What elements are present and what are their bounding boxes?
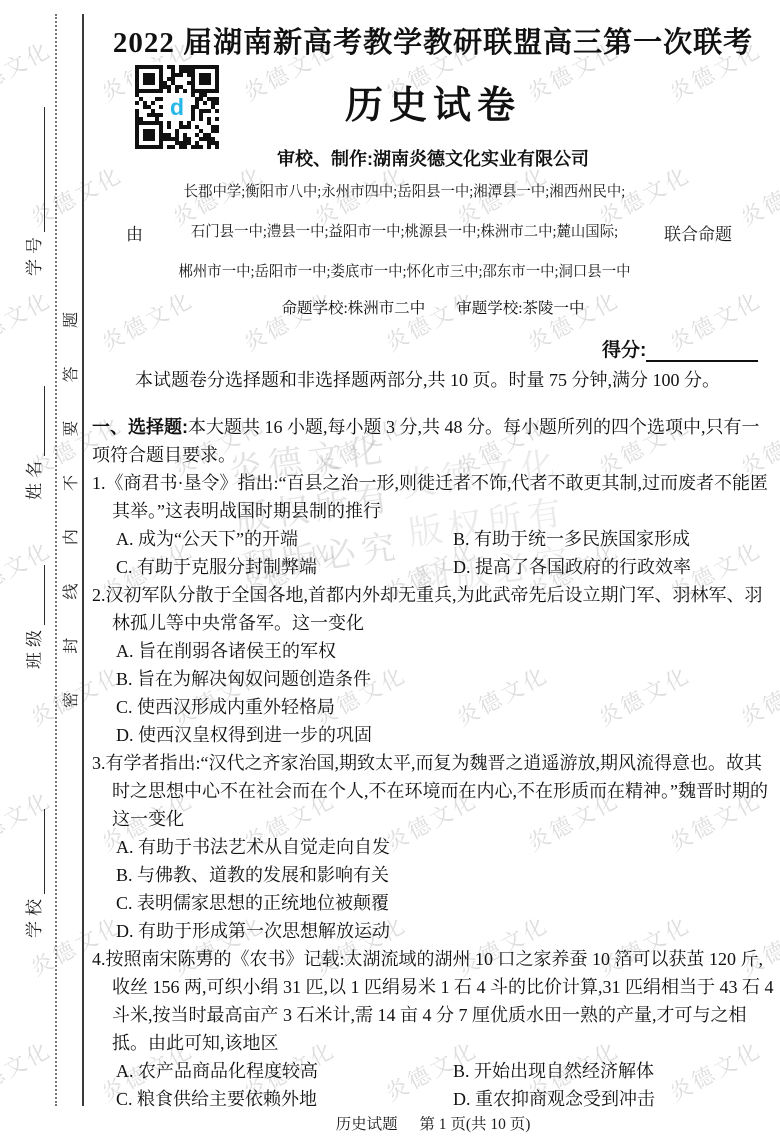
option-A: A. 成为“公天下”的开端 <box>116 525 453 553</box>
footer-page-number: 第 1 页(共 10 页) <box>419 1116 530 1133</box>
section-desc: 本大题共 16 小题,每小题 3 分,共 48 分。每小题所列的四个选项中,只有… <box>92 417 760 465</box>
paper-title: 历史试卷 <box>88 74 778 129</box>
seal-field-blank <box>24 386 45 456</box>
seal-field-1: 学校 <box>20 809 45 938</box>
page-footer: 历史试题第 1 页(共 10 页) <box>88 1112 778 1134</box>
watermark-text: 炎德文化 <box>380 283 483 357</box>
seal-warning-char: 题 <box>58 312 82 328</box>
question-4: 4.按照南宋陈旉的《农书》记载:太湖流域的湖州 10 口之家养蚕 10 箔可以获… <box>92 945 774 1113</box>
watermark-text: 炎德文化 <box>0 33 56 107</box>
watermark-text: 炎德文化 <box>238 283 341 357</box>
option-C: C. 表明儒家思想的正统地位被颠覆 <box>116 889 774 917</box>
question-number: 2. <box>92 585 106 605</box>
school-line: 郴州市一中;岳阳市一中;娄底市一中;怀化市三中;邵东市一中;洞口县一中 <box>157 252 651 292</box>
option-D: D. 提高了各国政府的行政效率 <box>453 553 774 581</box>
option-D: D. 重农抑商观念受到冲击 <box>453 1085 774 1113</box>
option-A: A. 有助于书法艺术从自觉走向自发 <box>116 833 774 861</box>
question-1: 1.《商君书·垦令》指出:“百县之治一形,则徙迁者不饰,代者不敢更其制,过而废者… <box>92 469 774 581</box>
seal-field-label: 学号 <box>20 232 45 276</box>
setters-line: 命题学校:株洲市二中 审题学校:茶陵一中 <box>88 296 778 318</box>
option-D: D. 有助于形成第一次思想解放运动 <box>116 917 774 945</box>
seal-warning-char: 不 <box>58 475 82 491</box>
question-options: A. 成为“公天下”的开端B. 有助于统一多民族国家形成C. 有助于克服分封制弊… <box>116 525 774 581</box>
question-options: A. 有助于书法艺术从自觉走向自发B. 与佛教、道教的发展和影响有关C. 表明儒… <box>116 833 774 945</box>
seal-field-3: 姓名 <box>20 386 45 500</box>
question-number: 3. <box>92 753 106 773</box>
committee-prefix: 由 <box>126 220 143 245</box>
seal-dotted-line <box>55 14 57 1106</box>
option-C: C. 粮食供给主要依赖外地 <box>116 1085 453 1113</box>
footer-doc-title: 历史试题 <box>336 1116 398 1133</box>
exam-title: 2022 届湖南新高考教学教研联盟高三第一次联考 <box>88 20 778 61</box>
question-stem: 2.汉初军队分散于全国各地,首都内外却无重兵,为此武帝先后设立期门军、羽林军、羽… <box>92 581 774 637</box>
question-number: 1. <box>92 473 106 493</box>
seal-warning-char: 密 <box>58 692 82 708</box>
school-line: 石门县一中;澧县一中;益阳市一中;桃源县一中;株洲市二中;麓山国际; <box>157 212 651 252</box>
option-B: B. 开始出现自然经济解体 <box>453 1057 774 1085</box>
score-label: 得分: <box>602 340 646 361</box>
question-stem: 1.《商君书·垦令》指出:“百县之治一形,则徙迁者不饰,代者不敢更其制,过而废者… <box>92 469 774 525</box>
option-C: C. 使西汉形成内重外轻格局 <box>116 693 774 721</box>
question-3: 3.有学者指出:“汉代之齐家治国,期致太平,而复为魏晋之逍遥游放,期风流得意也。… <box>92 749 774 945</box>
seal-warning-char: 线 <box>58 583 82 599</box>
seal-warning-char: 内 <box>58 529 82 545</box>
question-stem: 4.按照南宋陈旉的《农书》记载:太湖流域的湖州 10 口之家养蚕 10 箔可以获… <box>92 945 774 1057</box>
option-B: B. 与佛教、道教的发展和影响有关 <box>116 861 774 889</box>
option-C: C. 有助于克服分封制弊端 <box>116 553 453 581</box>
section-title: 一、选择题: <box>92 417 188 437</box>
option-A: A. 农产品商品化程度较高 <box>116 1057 453 1085</box>
seal-fields: 学校班级姓名学号 <box>11 106 45 946</box>
score-blank <box>646 340 758 362</box>
seal-field-2: 班级 <box>20 565 45 669</box>
seal-field-blank <box>24 809 45 894</box>
option-A: A. 旨在削弱各诸侯王的军权 <box>116 637 774 665</box>
seal-field-blank <box>24 107 45 232</box>
question-stem: 3.有学者指出:“汉代之齐家治国,期致太平,而复为魏晋之逍遥游放,期风流得意也。… <box>92 749 774 833</box>
seal-warning: 密封线内不要答题 <box>58 312 82 708</box>
school-line: 长郡中学;衡阳市八中;永州市四中;岳阳县一中;湘潭县一中;湘西州民中; <box>157 172 651 212</box>
seal-solid-line <box>82 14 84 1106</box>
questions: 1.《商君书·垦令》指出:“百县之治一形,则徙迁者不饰,代者不敢更其制,过而废者… <box>92 469 774 1113</box>
seal-field-label: 姓名 <box>20 456 45 500</box>
notice: 本试题卷分选择题和非选择题两部分,共 10 页。时量 75 分钟,满分 100 … <box>90 366 780 394</box>
seal-warning-char: 要 <box>58 421 82 437</box>
question-2: 2.汉初军队分散于全国各地,首都内外却无重兵,为此武帝先后设立期门军、羽林军、羽… <box>92 581 774 749</box>
school-lines: 长郡中学;衡阳市八中;永州市四中;岳阳县一中;湘潭县一中;湘西州民中;石门县一中… <box>157 172 651 292</box>
option-B: B. 有助于统一多民族国家形成 <box>453 525 774 553</box>
question-body: 一、选择题:本大题共 16 小题,每小题 3 分,共 48 分。每小题所列的四个… <box>92 413 774 1113</box>
question-number: 4. <box>92 949 106 969</box>
seal-field-label: 班级 <box>20 625 45 669</box>
watermark-text: 炎德文化 <box>96 283 199 357</box>
question-options: A. 旨在削弱各诸侯王的军权B. 旨在为解决匈奴问题创造条件C. 使西汉形成内重… <box>116 637 774 749</box>
seal-field-label: 学校 <box>20 894 45 938</box>
section-header: 一、选择题:本大题共 16 小题,每小题 3 分,共 48 分。每小题所列的四个… <box>92 413 774 469</box>
question-options: A. 农产品商品化程度较高B. 开始出现自然经济解体C. 粮食供给主要依赖外地D… <box>116 1057 774 1113</box>
producer-line: 审校、制作:湖南炎德文化实业有限公司 <box>88 145 778 171</box>
committee-block: 由 长郡中学;衡阳市八中;永州市四中;岳阳县一中;湘潭县一中;湘西州民中;石门县… <box>126 172 732 292</box>
seal-field-blank <box>24 565 45 625</box>
option-D: D. 使西汉皇权得到进一步的巩固 <box>116 721 774 749</box>
exam-paper-page: 炎德文化炎德文化炎德文化炎德文化炎德文化炎德文化炎德文化炎德文化炎德文化炎德文化… <box>0 0 780 1148</box>
option-B: B. 旨在为解决匈奴问题创造条件 <box>116 665 774 693</box>
score-block: 得分: <box>602 335 758 362</box>
seal-warning-char: 封 <box>58 638 82 654</box>
seal-warning-char: 答 <box>58 366 82 382</box>
watermark-text: 炎德文化 <box>0 1033 56 1107</box>
committee-suffix: 联合命题 <box>664 220 732 245</box>
seal-field-4: 学号 <box>20 107 45 276</box>
